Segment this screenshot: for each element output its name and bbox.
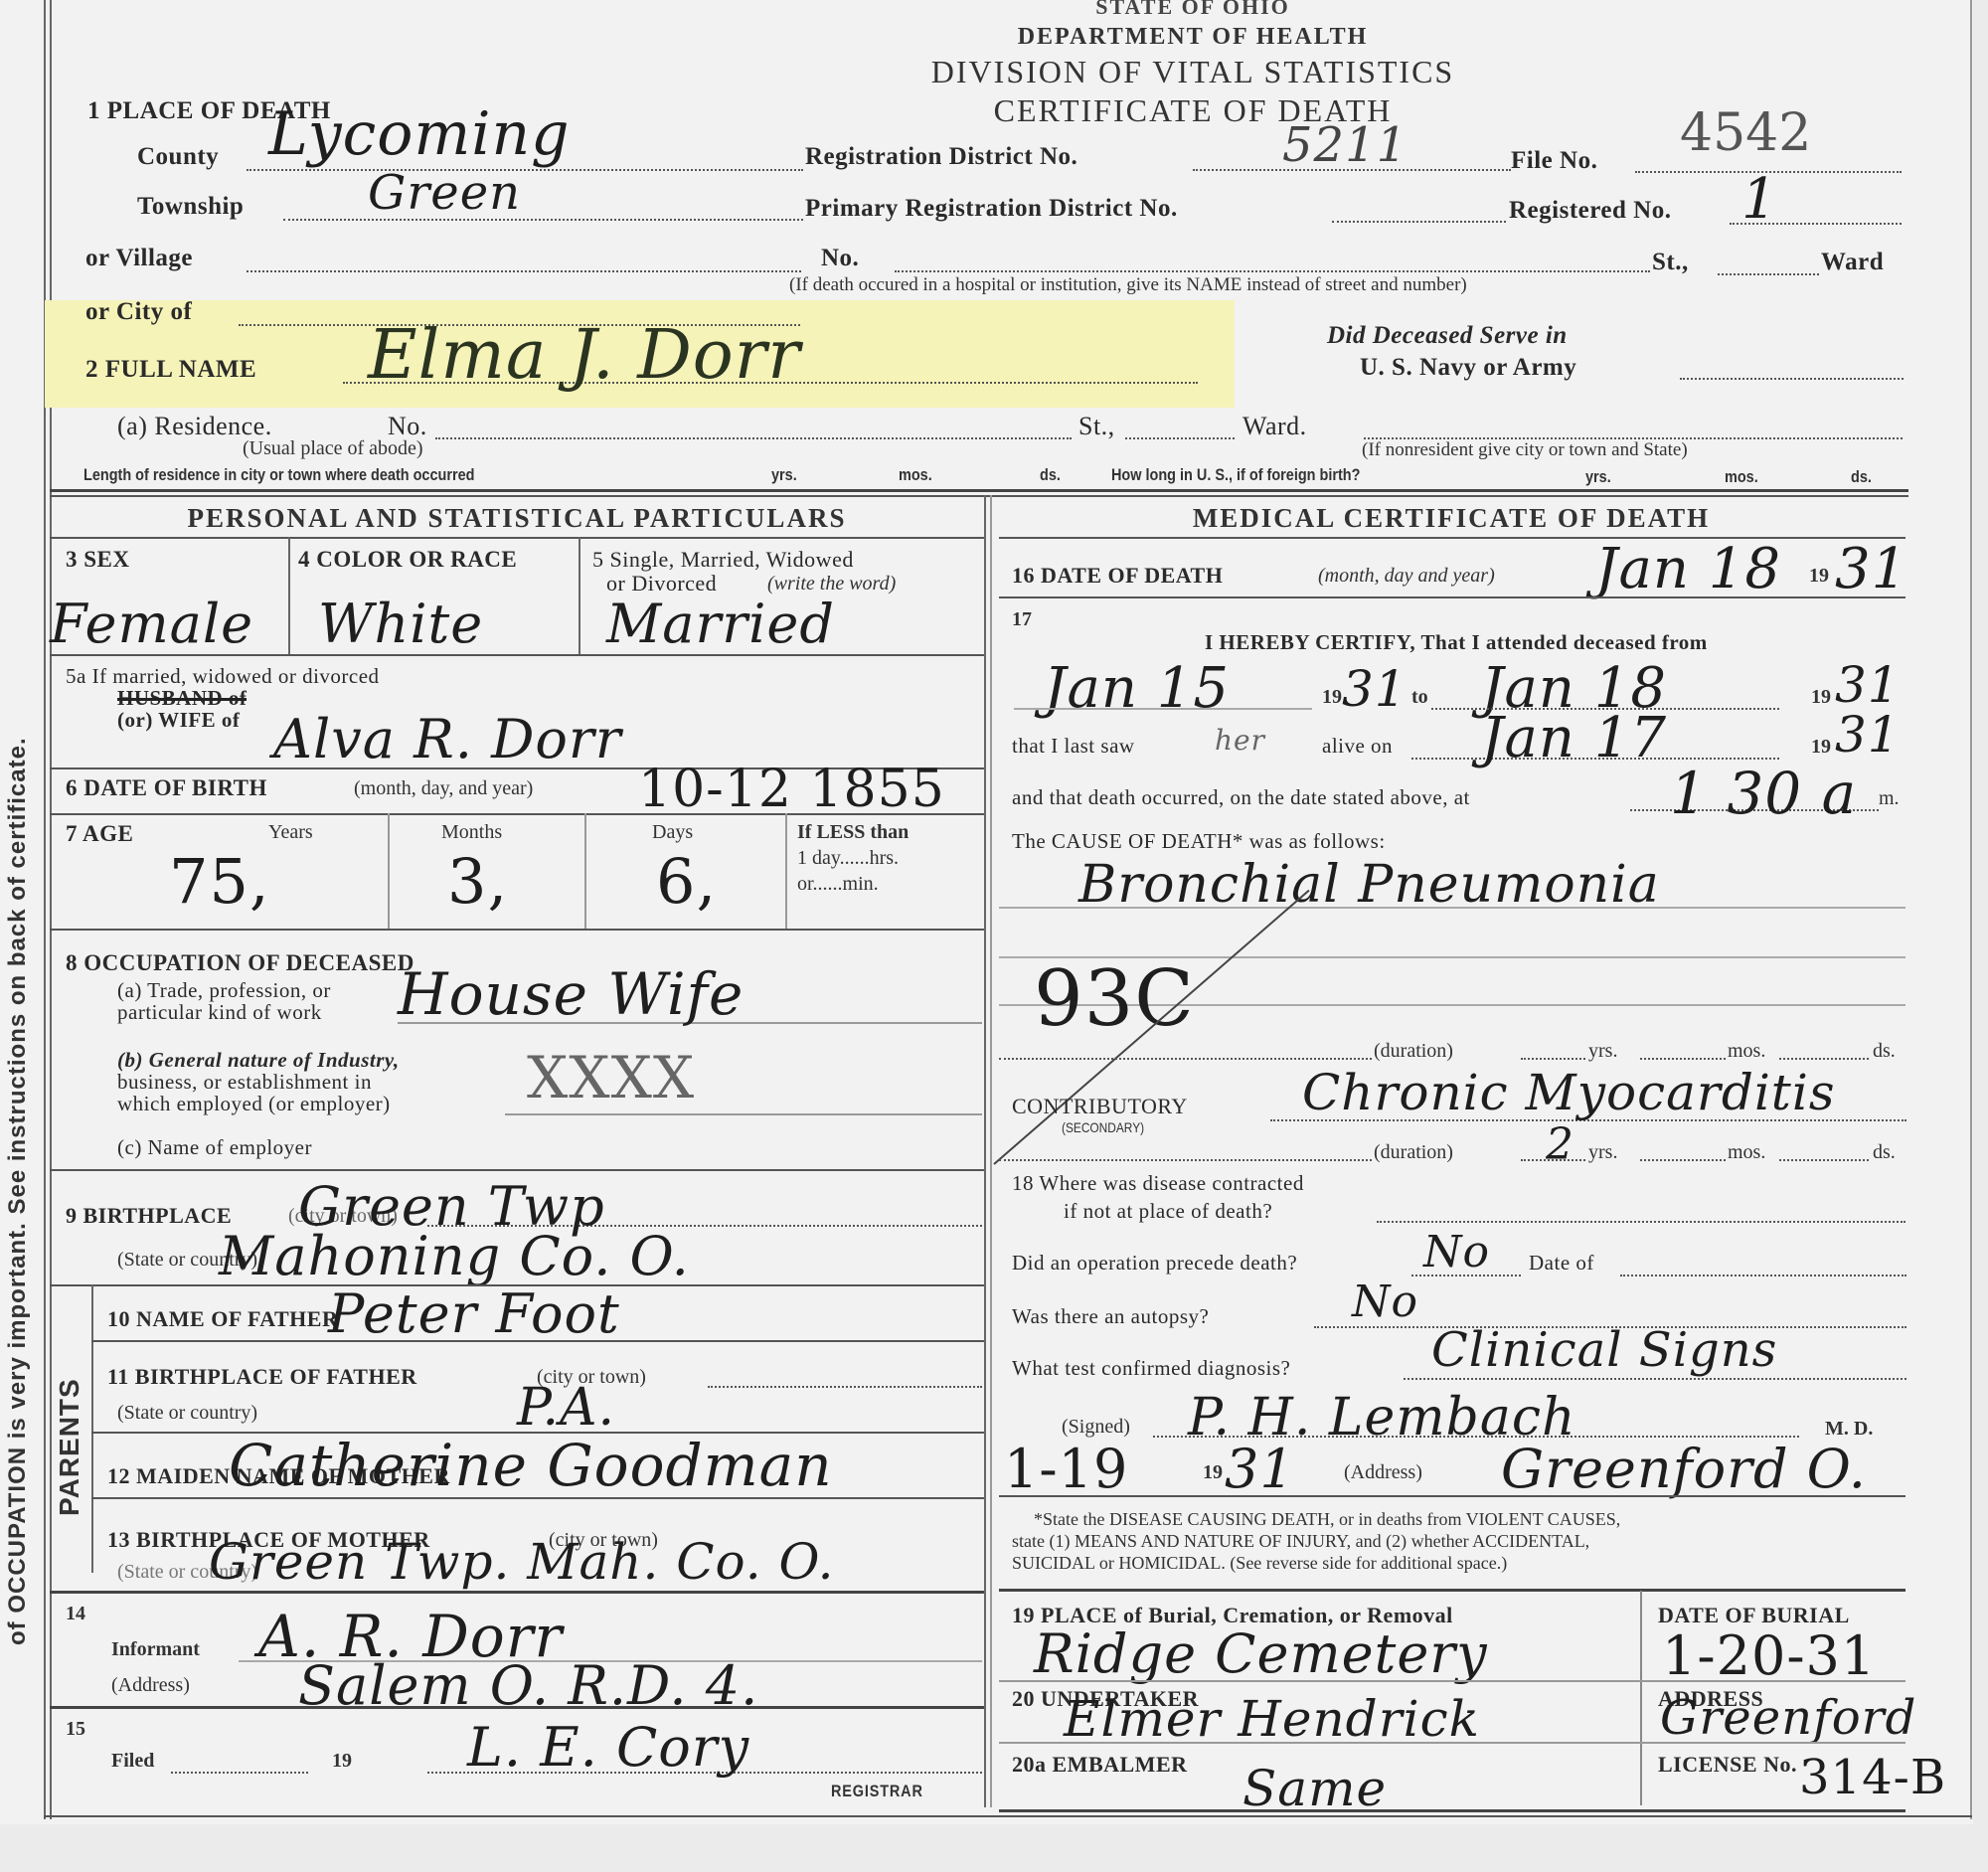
signed-date-value[interactable]: 1-19 (1004, 1438, 1128, 1500)
embalmer-label: 20a EMBALMER (1012, 1752, 1188, 1778)
full-name-label: 2 FULL NAME (85, 356, 256, 384)
cause-value[interactable]: Bronchial Pneumonia (1078, 855, 1660, 915)
father-birthplace-label: 11 BIRTHPLACE OF FATHER (107, 1364, 417, 1390)
birthplace-label: 9 BIRTHPLACE (66, 1203, 232, 1229)
father-state-value[interactable]: P.A. (517, 1378, 615, 1438)
contracted-label: 18 Where was disease contracted (1012, 1171, 1304, 1196)
race-value[interactable]: White (318, 593, 483, 655)
registrar-label: REGISTRAR (831, 1782, 923, 1801)
employer-label: (c) Name of employer (117, 1135, 312, 1160)
occupation-label: 8 OCCUPATION OF DECEASED (66, 950, 414, 976)
dob-label: 6 DATE OF BIRTH (66, 775, 267, 801)
birthplace-state-value[interactable]: Mahoning Co. O. (219, 1225, 690, 1287)
personal-section-title: PERSONAL AND STATISTICAL PARTICULARS (52, 503, 982, 534)
registered-no-label: Registered No. (1509, 197, 1671, 225)
cause-label: The CAUSE OF DEATH* was as follows: (1012, 829, 1386, 854)
operation-label: Did an operation precede death? (1012, 1251, 1297, 1276)
informant-label: Informant (111, 1638, 200, 1661)
header-division: DIVISION OF VITAL STATISTICS (745, 54, 1640, 90)
last-saw-year[interactable]: 31 (1835, 706, 1901, 764)
operation-value[interactable]: No (1423, 1227, 1490, 1277)
hospital-note: (If death occured in a hospital or insti… (789, 274, 1467, 296)
left-border (44, 0, 46, 1819)
wife-label: (or) WIFE of (117, 708, 240, 733)
township-label: Township (137, 193, 244, 221)
signed-label: (Signed) (1062, 1416, 1130, 1439)
village-label: or Village (85, 245, 193, 272)
residence-st-label: St., (1078, 412, 1115, 441)
marital-label: 5 Single, Married, Widowed (592, 547, 854, 573)
right-border (1970, 0, 1972, 1819)
cause-code-value[interactable]: 93C (1034, 954, 1195, 1044)
abode-note: (Usual place of abode) (243, 437, 423, 460)
certify-text: I HEREBY CERTIFY, That I attended deceas… (1205, 630, 1708, 655)
mother-value[interactable]: Catherine Goodman (229, 1432, 833, 1499)
contributory-value[interactable]: Chronic Myocarditis (1302, 1064, 1836, 1121)
nonresident-note: (If nonresident give city or town and St… (1362, 439, 1688, 461)
husband-strikethrough (117, 698, 247, 701)
attended-from-value[interactable]: Jan 15 (1044, 656, 1230, 721)
marital-value[interactable]: Married (606, 593, 835, 655)
contributory-duration-yrs[interactable]: 2 (1546, 1119, 1574, 1170)
death-time-label: and that death occurred, on the date sta… (1012, 785, 1470, 810)
last-saw-label: that I last saw (1012, 734, 1135, 759)
bottom-border (44, 1815, 1972, 1817)
township-value[interactable]: Green (368, 165, 521, 221)
st-label: St., (1652, 249, 1689, 276)
county-value[interactable]: Lycoming (268, 99, 571, 169)
dod-year-value[interactable]: 31 (1835, 537, 1907, 601)
full-name-value[interactable]: Elma J. Dorr (368, 316, 801, 395)
father-value[interactable]: Peter Foot (328, 1282, 620, 1345)
race-label: 4 COLOR OR RACE (298, 547, 517, 573)
dod-label: 16 DATE OF DEATH (1012, 563, 1223, 589)
age-label: 7 AGE (66, 821, 133, 847)
mother-birthplace-value[interactable]: Green Twp. Mah. Co. O. (209, 1533, 835, 1591)
county-label: County (137, 143, 219, 171)
header-certificate-title: CERTIFICATE OF DEATH (745, 92, 1640, 129)
autopsy-value[interactable]: No (1352, 1276, 1418, 1327)
military-question-2: U. S. Navy or Army (1360, 354, 1576, 382)
medical-section-title: MEDICAL CERTIFICATE OF DEATH (994, 503, 1908, 534)
header-state: STATE OF OHIO (845, 0, 1541, 20)
filed-label: Filed (111, 1750, 154, 1773)
age-days-value[interactable]: 6, (656, 845, 717, 918)
death-certificate: of OCCUPATION is very important. See ins… (0, 0, 1973, 1824)
primary-district-label: Primary Registration District No. (805, 195, 1178, 223)
test-label: What test confirmed diagnosis? (1012, 1356, 1290, 1381)
dod-value[interactable]: Jan 18 (1595, 537, 1781, 601)
undertaker-address-value[interactable]: Greenford (1660, 1690, 1916, 1746)
margin-note: of OCCUPATION is very important. See ins… (4, 737, 32, 1645)
registrar-value[interactable]: L. E. Cory (467, 1716, 749, 1779)
industry-value[interactable]: XXXX (527, 1044, 695, 1111)
physician-address-value[interactable]: Greenford O. (1501, 1438, 1867, 1500)
left-border-inner (50, 0, 52, 1819)
column-divider (984, 495, 986, 1807)
death-time-value[interactable]: 1 30 a (1670, 760, 1857, 827)
file-no-label: File No. (1511, 147, 1597, 175)
age-years-value[interactable]: 75, (169, 845, 270, 918)
ward-label: Ward (1821, 249, 1884, 276)
registration-district-label: Registration District No. (805, 143, 1077, 171)
father-label: 10 NAME OF FATHER (107, 1306, 338, 1332)
registered-no-value[interactable]: 1 (1741, 167, 1778, 232)
signed-year-value[interactable]: 31 (1225, 1438, 1295, 1500)
sex-label: 3 SEX (66, 547, 130, 573)
spouse-value[interactable]: Alva R. Dorr (273, 708, 622, 770)
no-label: No. (821, 245, 859, 272)
file-no-value[interactable]: 4542 (1680, 103, 1811, 163)
registration-district-value[interactable]: 5211 (1282, 117, 1408, 173)
burial-place-value[interactable]: Ridge Cemetery (1034, 1622, 1488, 1685)
license-value[interactable]: 314-B (1799, 1750, 1946, 1805)
dob-value[interactable]: 10-12 1855 (638, 760, 945, 819)
length-of-residence-label: Length of residence in city or town wher… (83, 465, 474, 485)
sex-value[interactable]: Female (50, 593, 253, 655)
informant-address-label: (Address) (111, 1674, 190, 1697)
header-department: DEPARTMENT OF HEALTH (845, 24, 1541, 51)
undertaker-value[interactable]: Elmer Hendrick (1064, 1690, 1480, 1748)
contributory-label: CONTRIBUTORY (1012, 1094, 1188, 1119)
license-label: LICENSE No. (1658, 1752, 1797, 1778)
test-value[interactable]: Clinical Signs (1431, 1322, 1777, 1378)
footnote: *State the DISEASE CAUSING DEATH, or in … (1034, 1509, 1620, 1530)
city-label: or City of (85, 298, 192, 326)
burial-date-value[interactable]: 1-20-31 (1662, 1624, 1876, 1687)
parents-label: PARENTS (54, 1378, 85, 1516)
attended-from-year[interactable]: 31 (1342, 660, 1408, 718)
age-months-value[interactable]: 3, (447, 845, 508, 918)
autopsy-label: Was there an autopsy? (1012, 1304, 1209, 1329)
foreign-birth-label: How long in U. S., if of foreign birth? (1111, 465, 1360, 485)
residence-ward-label: Ward. (1242, 412, 1307, 441)
trade-value[interactable]: House Wife (398, 960, 744, 1028)
military-question-1: Did Deceased Serve in (1327, 322, 1568, 350)
last-saw-value[interactable]: Jan 17 (1481, 706, 1667, 770)
